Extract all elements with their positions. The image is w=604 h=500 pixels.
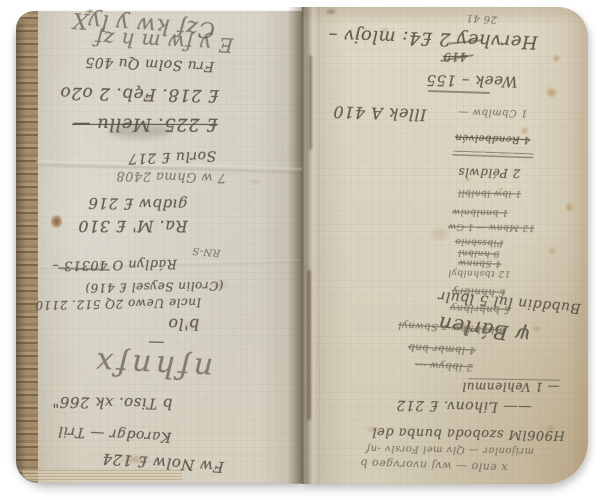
handwriting-line: (Crolin Seysel £ 416) — [85, 279, 224, 295]
list-item: Plbssbnlo — [455, 236, 504, 248]
list-item: 12 tbshnlbyl — [448, 267, 511, 278]
gutter-streak — [309, 55, 312, 150]
list-item: 1 Cbmlbw — — [458, 106, 528, 118]
cover-edge — [16, 11, 38, 483]
gutter-streak — [307, 270, 311, 420]
handwriting-line: — 1 Vehlenmul — [462, 380, 560, 394]
list-item: 12 Mbnw → 1 Gw — [448, 221, 535, 233]
eraser-smudge — [108, 124, 172, 138]
handwriting-line: 7 w Ghma 2408 — [116, 168, 226, 185]
list-item: £ bnbrlbny — [450, 302, 511, 315]
list-item: £ hnnlbry — [452, 285, 506, 298]
handwriting-line: Incle Uewo 2Q 512. 2110 — [35, 296, 202, 313]
handwriting-line: Rádlyn O 40313 – — [52, 256, 177, 273]
handwriting-line: b Tiso. xk 266" — [52, 393, 173, 413]
handwriting-line: Ra. M' £ 310 — [78, 217, 188, 236]
list-item: 1 lbw lbnlbll — [458, 187, 521, 198]
handwriting-line: gıdbw £ 216 — [88, 194, 188, 214]
notebook-photo: Czf kw y lyX E y fw m h zf Fru Solm Qu 4… — [0, 0, 604, 500]
handwriting-line: RN-S — [192, 245, 221, 258]
handwriting-line: —— Lihonv. £ 212 — [396, 397, 532, 415]
handwriting-line: £ 218. Fęb. 2 o2o — [60, 83, 219, 106]
handwriting-line: Sorlu £ 217 — [128, 147, 217, 166]
list-item: 2 Példwls — [458, 165, 521, 180]
list-item: 1 bnnlbnlw — [452, 207, 508, 218]
handwriting-line: Week – 155 — [426, 71, 518, 91]
handwriting-line: nfhnfx — [91, 345, 214, 386]
handwriting-line: b'lo — [168, 315, 199, 334]
handwriting-line: 26 41 — [466, 12, 498, 25]
handwriting-line: Illek A 410 — [333, 102, 427, 124]
